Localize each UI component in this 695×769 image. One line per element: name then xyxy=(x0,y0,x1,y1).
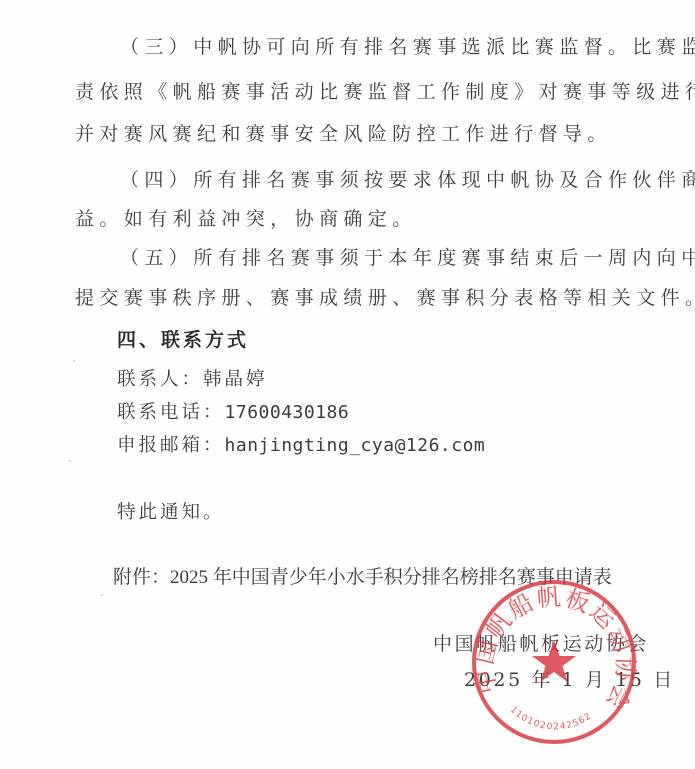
attachment-text: 附件：2025 年中国青少年小水手积分排名榜排名赛事申请表 xyxy=(113,566,612,590)
section-heading-contact: 四、联系方式 xyxy=(117,328,249,352)
contact-phone: 联系电话：17600430186 xyxy=(117,401,349,425)
contact-phone-label: 联系电话： xyxy=(117,402,225,423)
svg-text:1101020242562: 1101020242562 xyxy=(508,705,594,732)
contact-email-label: 申报邮箱： xyxy=(117,435,225,456)
item-3-line-3: 并对赛风赛纪和赛事安全风险防控工作进行督导。 xyxy=(75,122,612,146)
official-seal-icon: 中国帆船帆板运动协会 1101020242562 xyxy=(470,578,638,746)
signature-organization: 中国帆船帆板运动协会 xyxy=(433,632,649,656)
contact-person: 联系人：韩晶婷 xyxy=(117,368,268,392)
contact-person-label: 联系人： xyxy=(117,369,203,390)
item-5-line-2: 提交赛事秩序册、赛事成绩册、赛事积分表格等相关文件。 xyxy=(75,286,695,310)
contact-phone-value: 17600430186 xyxy=(225,402,350,423)
item-5-line-1: （五）所有排名赛事须于本年度赛事结束后一周内向中帆协 xyxy=(120,246,695,270)
signature-date: 2025 年 1 月 15 日 xyxy=(464,668,675,692)
item-3-line-2: 责依照《帆船赛事活动比赛监督工作制度》对赛事等级进行评估 xyxy=(75,80,695,104)
item-3-line-1: （三）中帆协可向所有排名赛事选派比赛监督。比赛监督负 xyxy=(120,35,695,59)
scan-speck xyxy=(69,460,71,462)
contact-email-value[interactable]: hanjingting_cya@126.com xyxy=(225,435,486,456)
item-4-line-2: 益。如有利益冲突，协商确定。 xyxy=(75,207,417,231)
scan-speck xyxy=(101,594,103,596)
document-page: （三）中帆协可向所有排名赛事选派比赛监督。比赛监督负 责依照《帆船赛事活动比赛监… xyxy=(0,0,695,769)
item-4-line-1: （四）所有排名赛事须按要求体现中帆协及合作伙伴商务权 xyxy=(120,168,695,192)
closing-text: 特此通知。 xyxy=(117,501,225,525)
contact-email: 申报邮箱：hanjingting_cya@126.com xyxy=(117,434,485,458)
scan-speck xyxy=(73,360,75,362)
contact-person-value: 韩晶婷 xyxy=(203,369,268,390)
